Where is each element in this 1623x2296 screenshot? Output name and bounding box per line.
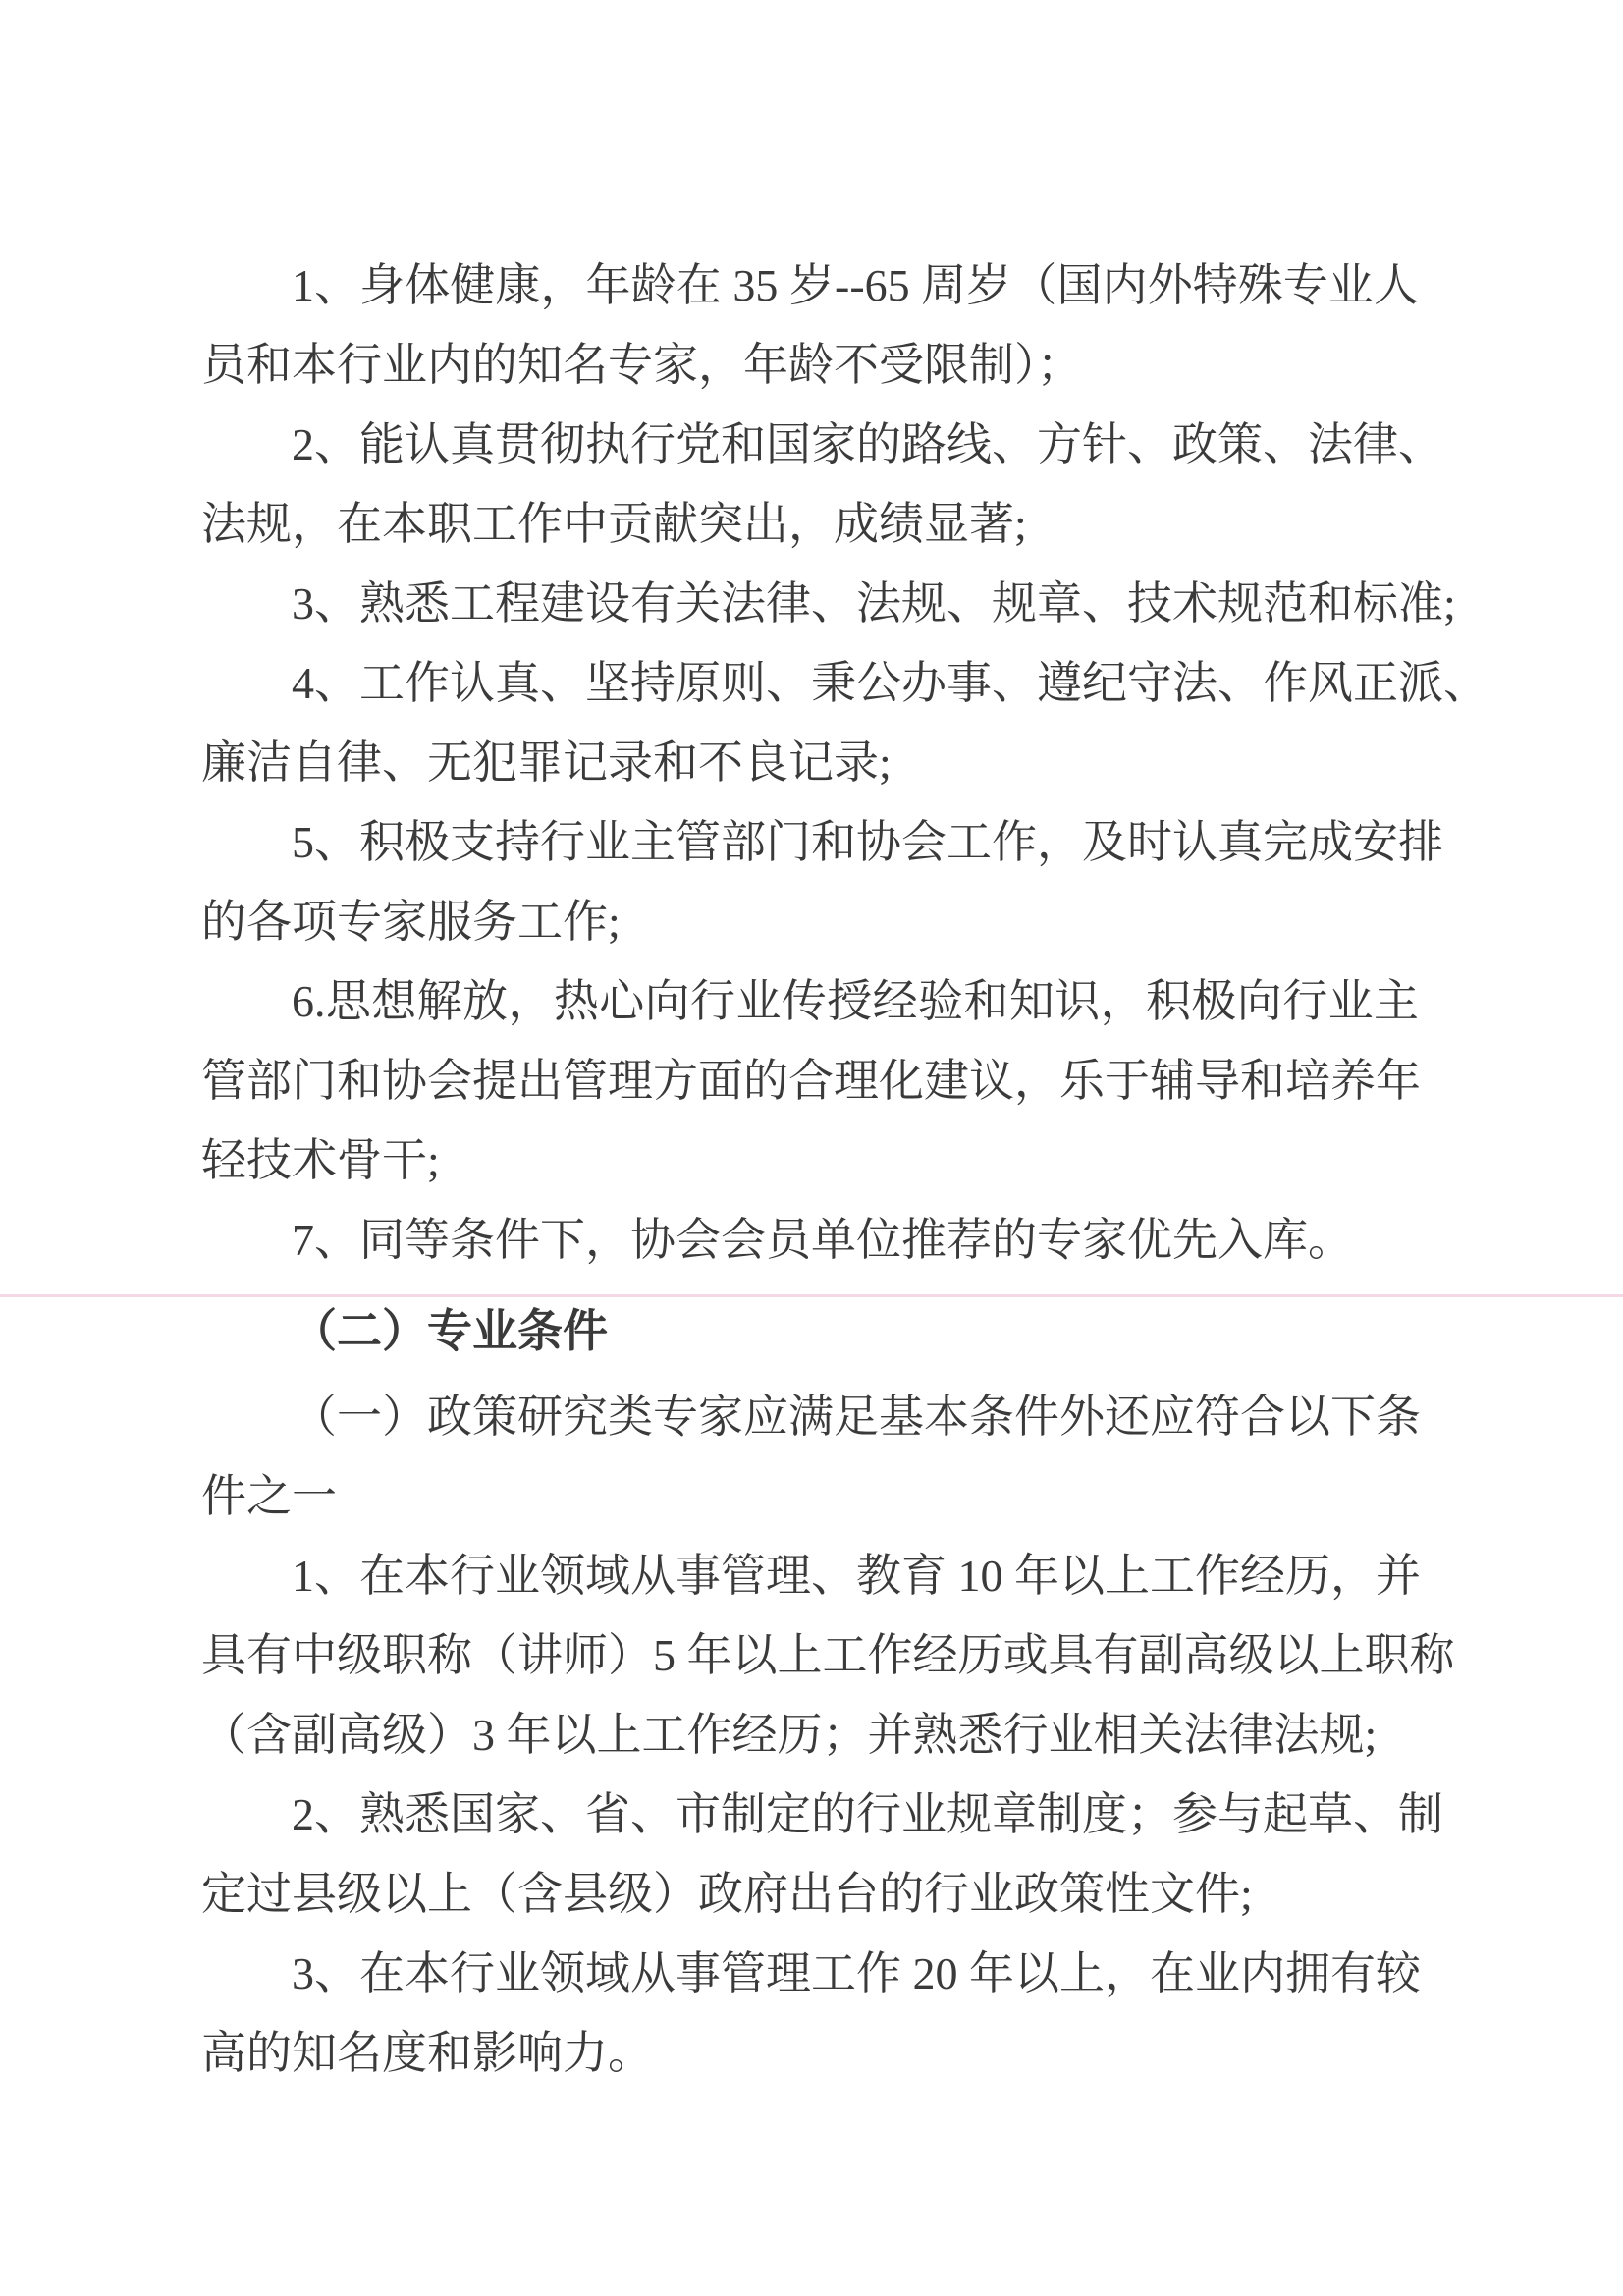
text-line: 管部门和协会提出管理方面的合理化建议，乐于辅导和培养年: [201, 1041, 1419, 1121]
text-line: 1、在本行业领域从事管理、教育 10 年以上工作经历，并: [201, 1536, 1419, 1615]
text-line: 4、工作认真、坚持原则、秉公办事、遵纪守法、作风正派、: [201, 643, 1419, 723]
text-line: 员和本行业内的知名专家，年龄不受限制）；: [201, 325, 1419, 405]
text-line: 1、身体健康，年龄在 35 岁--65 周岁（国内外特殊专业人: [201, 246, 1419, 325]
text-line: 5、积极支持行业主管部门和协会工作，及时认真完成安排: [201, 802, 1419, 882]
text-line: 2、能认真贯彻执行党和国家的路线、方针、政策、法律、: [201, 405, 1419, 484]
professional-condition-item-1: 1、在本行业领域从事管理、教育 10 年以上工作经历，并 具有中级职称（讲师）5…: [201, 1536, 1419, 1775]
text-line: （含副高级）3 年以上工作经历；并熟悉行业相关法律法规;: [201, 1695, 1419, 1775]
basic-condition-item-1: 1、身体健康，年龄在 35 岁--65 周岁（国内外特殊专业人 员和本行业内的知…: [201, 246, 1419, 405]
text-line: 7、同等条件下，协会会员单位推荐的专家优先入库。: [201, 1200, 1419, 1280]
text-line: 6.思想解放，热心向行业传授经验和知识，积极向行业主: [201, 961, 1419, 1041]
text-line: 具有中级职称（讲师）5 年以上工作经历或具有副高级以上职称: [201, 1615, 1419, 1695]
basic-condition-item-2: 2、能认真贯彻执行党和国家的路线、方针、政策、法律、 法规，在本职工作中贡献突出…: [201, 405, 1419, 564]
text-line: 廉洁自律、无犯罪记录和不良记录;: [201, 723, 1419, 802]
section-heading-professional-conditions: （二）专业条件: [201, 1291, 1419, 1371]
text-line: 定过县级以上（含县级）政府出台的行业政策性文件;: [201, 1854, 1419, 1934]
text-line: 3、在本行业领域从事管理工作 20 年以上，在业内拥有较: [201, 1934, 1419, 2013]
text-line: 轻技术骨干;: [201, 1121, 1419, 1200]
text-line: 件之一: [201, 1456, 1419, 1536]
text-line: 高的知名度和影响力。: [201, 2013, 1419, 2093]
text-line: 3、熟悉工程建设有关法律、法规、规章、技术规范和标准;: [201, 564, 1419, 643]
text-line: 2、熟悉国家、省、市制定的行业规章制度；参与起草、制: [201, 1775, 1419, 1854]
basic-condition-item-6: 6.思想解放，热心向行业传授经验和知识，积极向行业主 管部门和协会提出管理方面的…: [201, 961, 1419, 1200]
basic-condition-item-7: 7、同等条件下，协会会员单位推荐的专家优先入库。: [201, 1200, 1419, 1280]
text-line: （一）政策研究类专家应满足基本条件外还应符合以下条: [201, 1377, 1419, 1456]
basic-condition-item-3: 3、熟悉工程建设有关法律、法规、规章、技术规范和标准;: [201, 564, 1419, 643]
basic-condition-item-5: 5、积极支持行业主管部门和协会工作，及时认真完成安排 的各项专家服务工作;: [201, 802, 1419, 961]
professional-condition-item-2: 2、熟悉国家、省、市制定的行业规章制度；参与起草、制 定过县级以上（含县级）政府…: [201, 1775, 1419, 1934]
basic-condition-item-4: 4、工作认真、坚持原则、秉公办事、遵纪守法、作风正派、 廉洁自律、无犯罪记录和不…: [201, 643, 1419, 802]
text-line: 法规，在本职工作中贡献突出，成绩显著;: [201, 484, 1419, 564]
text-line: 的各项专家服务工作;: [201, 882, 1419, 961]
professional-condition-item-3: 3、在本行业领域从事管理工作 20 年以上，在业内拥有较 高的知名度和影响力。: [201, 1934, 1419, 2093]
document-page: 1、身体健康，年龄在 35 岁--65 周岁（国内外特殊专业人 员和本行业内的知…: [201, 246, 1419, 2093]
text-line: （二）专业条件: [201, 1291, 1419, 1371]
policy-research-intro: （一）政策研究类专家应满足基本条件外还应符合以下条 件之一: [201, 1377, 1419, 1536]
